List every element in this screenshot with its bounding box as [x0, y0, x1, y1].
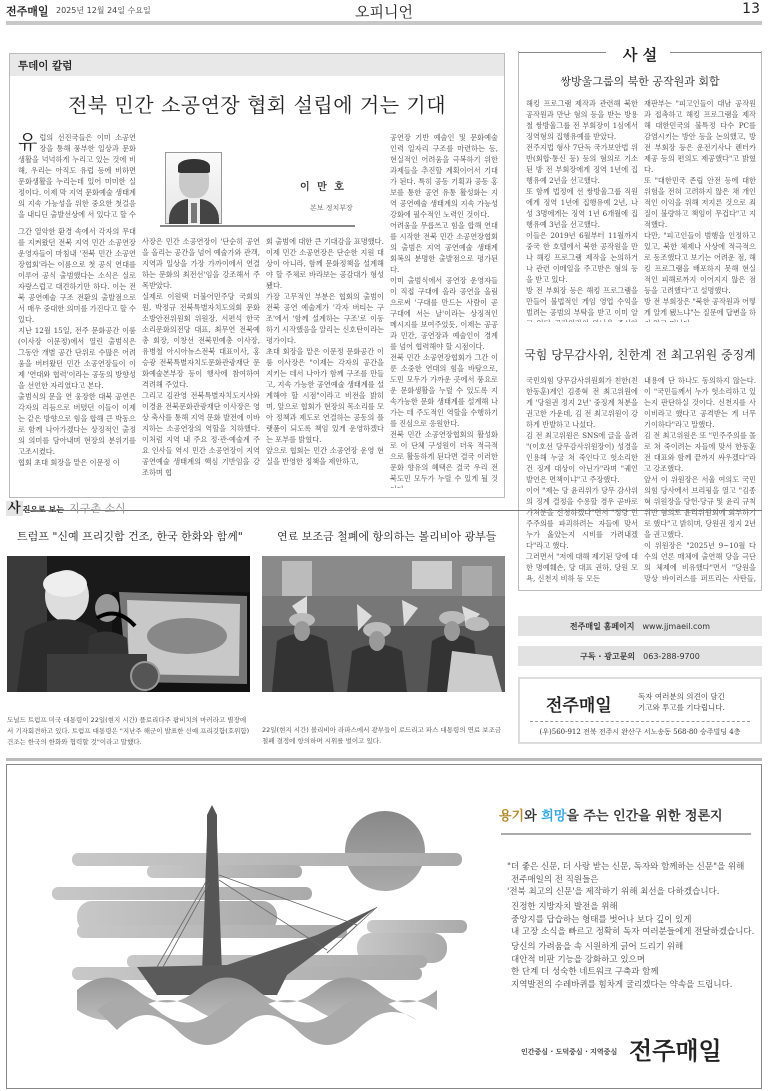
photo-trump-press — [7, 556, 250, 692]
submission-promo: 전주매일 독자 여러분의 의견이 담긴 기고와 투고를 기다립니다. (우)56… — [518, 677, 762, 744]
photo-headline-2[interactable]: 연료 보조금 철폐에 항의하는 볼리비아 광부들 — [277, 528, 496, 544]
subscribe-label: 구독 · 광고문의 — [580, 652, 635, 661]
photo-caption-1: 도널드 트럼프 미국 대통령이 22일(현지 시간) 플로리다주 팜비치의 마러… — [7, 715, 252, 748]
page-number: 13 — [742, 1, 760, 17]
column-headline[interactable]: 전북 민간 소공연장 협회 설립에 거는 기대 — [10, 89, 504, 118]
photo-news-header: 사진으로 보는 지구촌 소식 — [6, 497, 762, 511]
ad-logo: 전주매일 — [629, 1031, 722, 1066]
homepage-url[interactable]: www.jjmaeil.com — [643, 622, 711, 631]
pledge-paragraph-2: 진정한 지방자치 발전을 위해중앙지를 답습하는 형태를 벗어나 보다 깊이 있… — [511, 901, 754, 939]
promo-message: 독자 여러분의 의견이 담긴 기고와 투고를 기다립니다. — [638, 691, 725, 713]
subscription-contact: 구독 · 광고문의063-288-9700 — [518, 646, 762, 666]
ship-illustration — [27, 795, 477, 1055]
column-text-col4: 공연장 기반 예술인 및 문화예술 인력 일자리 구조를 마련하는 등, 현실적… — [390, 132, 498, 488]
header-divider — [6, 21, 762, 25]
photo-bolivia-miners — [262, 556, 505, 692]
editorial-2-col2: 내용에 단 하나도 동의하지 않는다. 이 "국민들께서 누가 헛소리하고 있는… — [644, 375, 756, 585]
subscribe-phone: 063-288-9700 — [643, 652, 700, 661]
author-role: 본보 정치부장 — [310, 203, 353, 213]
page-header: 전주매일 2025년 12월 24일 수요일 오피니언 13 — [6, 0, 762, 20]
author-photo — [165, 152, 222, 224]
ad-motto: 인간중심 · 도덕중심 · 지역중심 — [521, 1047, 617, 1057]
photo-caption-2: 22일(현지 시간) 볼리비아 라파스에서 광부들이 로드리고 파스 대통령의 … — [262, 725, 507, 747]
section-title: 오피니언 — [6, 1, 762, 22]
byline-divider — [160, 225, 355, 227]
editorial-headline-2[interactable]: 국힘 당무감사위, 친한계 전 최고위원 중징계 — [518, 346, 762, 363]
column-text-col1: 그간 열악한 환경 속에서 각자의 무대를 지켜왔던 전북 지역 민간 소공연장… — [18, 226, 136, 488]
column-text-col2: 사장은 민간 소공연장이 '단순히 공연을 올리는 공간을 넘어 예술가와 관객… — [142, 236, 260, 488]
column-text-col3: 회 출범에 대한 큰 기대감을 표명했다. 이제 민간 소공연장은 단순한 지원… — [266, 236, 384, 488]
pledge-paragraph-3: 당신의 가려움을 속 시원하게 긁어 드리기 위해대안적 비판 기능을 강화하고… — [511, 941, 733, 991]
pledge-paragraph-1: "더 좋은 신문, 더 사랑 받는 신문, 독자와 함께하는 신문"을 위해전주… — [507, 861, 744, 899]
column-tag: 투데이 칼럼 — [10, 54, 504, 76]
editorial-1-col2: 재판부는 "피고인들이 대남 공작원과 접촉하고 해킹 프로그램을 제작해 대한… — [644, 98, 756, 322]
editorial-2-col1: 국민의힘 당무감사위원회가 친한(친한동훈)계인 김종혁 전 최고위원에게 '당… — [526, 375, 638, 585]
column-text-intro: 유럽의 선진국들은 이미 소공연장을 통해 풍부한 일상과 문화생활을 넉넉하게… — [18, 132, 136, 220]
promo-address: (우)560-912 전북 전주시 완산구 서노송동 568-80 승주빌딩 4… — [520, 727, 760, 737]
editorial-1-col1: 해킹 프로그램 제작과 관련해 북한 공작원과 만난 혐의 등을 받는 방용철 … — [526, 98, 638, 322]
house-ad: 용기와 희망을 주는 인간을 위한 정론지 "더 좋은 신문, 더 사랑 받는 … — [6, 764, 762, 1089]
today-column: 투데이 칼럼 전북 민간 소공연장 협회 설립에 거는 기대 유럽의 선진국들은… — [9, 53, 505, 498]
promo-divider — [530, 721, 750, 722]
slogan-divider — [501, 833, 751, 835]
homepage-link[interactable]: 전주매일 홈페이지www.jjmaeil.com — [518, 616, 762, 636]
promo-logo: 전주매일 — [546, 691, 612, 716]
photo-headline-1[interactable]: 트럼프 "신예 프리깃함 건조, 한국 한화와 함께" — [17, 528, 243, 544]
homepage-label: 전주매일 홈페이지 — [570, 622, 635, 631]
ad-slogan: 용기와 희망을 주는 인간을 위한 정론지 — [499, 805, 723, 824]
section-divider — [6, 758, 762, 761]
dropcap: 유 — [18, 132, 37, 152]
author-name: 이 만 호 — [300, 178, 346, 193]
editorial-headline-1[interactable]: 쌍방울그룹의 북한 공작원과 회합 — [518, 73, 762, 89]
